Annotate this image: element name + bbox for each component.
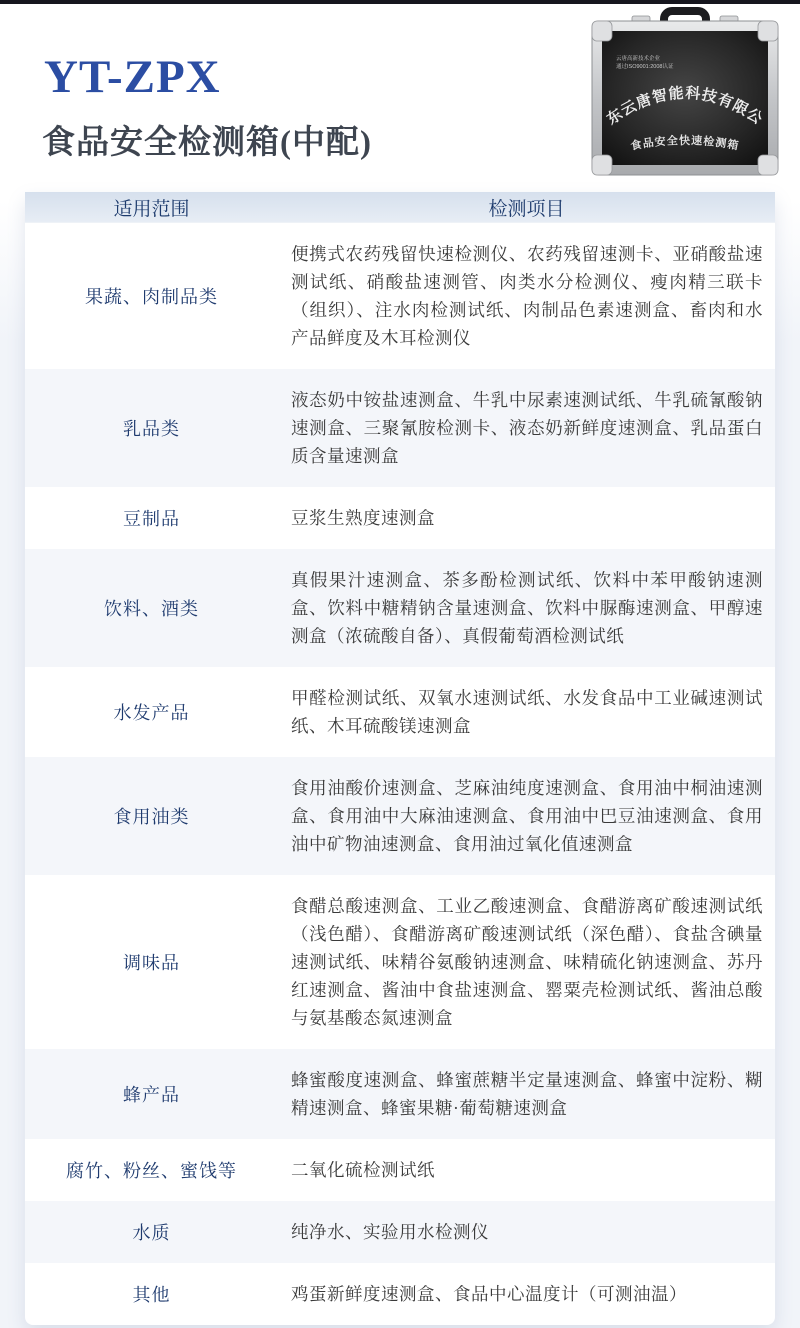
scope-label: 食用油类 (25, 757, 278, 875)
detection-case-illustration: 云唐高新技术企业 通过ISO9001:2008认证 山东云唐智能科技有限公司 食… (586, 4, 784, 180)
table-row: 调味品食醋总酸速测盒、工业乙酸速测盒、食醋游离矿酸速测试纸（浅色醋）、食醋游离矿… (25, 875, 775, 1049)
case-corner-cap (592, 155, 612, 175)
case-corner-cap (592, 21, 612, 41)
items-text: 食醋总酸速测盒、工业乙酸速测盒、食醋游离矿酸速测试纸（浅色醋）、食醋游离矿酸速测… (278, 875, 775, 1049)
table-row: 饮料、酒类真假果汁速测盒、茶多酚检测试纸、饮料中苯甲酸钠速测盒、饮料中糖精钠含量… (25, 549, 775, 667)
scope-label: 豆制品 (25, 487, 278, 549)
scope-label: 水质 (25, 1201, 278, 1263)
case-cert-text-line1: 云唐高新技术企业 (616, 54, 661, 62)
items-text: 蜂蜜酸度速测盒、蜂蜜蔗糖半定量速测盒、蜂蜜中淀粉、糊精速测盒、蜂蜜果糖·葡萄糖速… (278, 1049, 775, 1139)
items-text: 食用油酸价速测盒、芝麻油纯度速测盒、食用油中桐油速测盒、食用油中大麻油速测盒、食… (278, 757, 775, 875)
table-header-row: 适用范围 检测项目 (25, 192, 775, 223)
table-body: 果蔬、肉制品类便携式农药残留快速检测仪、农药残留速测卡、亚硝酸盐速测试纸、硝酸盐… (25, 223, 775, 1325)
table-row: 腐竹、粉丝、蜜饯等二氧化硫检测试纸 (25, 1139, 775, 1201)
items-text: 甲醛检测试纸、双氧水速测试纸、水发食品中工业碱速测试纸、木耳硫酸镁速测盒 (278, 667, 775, 757)
table-row: 乳品类液态奶中铵盐速测盒、牛乳中尿素速测试纸、牛乳硫氰酸钠速测盒、三聚氰胺检测卡… (25, 369, 775, 487)
table-row: 水发产品甲醛检测试纸、双氧水速测试纸、水发食品中工业碱速测试纸、木耳硫酸镁速测盒 (25, 667, 775, 757)
case-corner-cap (758, 21, 778, 41)
scope-label: 乳品类 (25, 369, 278, 487)
table-row: 其他鸡蛋新鲜度速测盒、食品中心温度计（可测油温） (25, 1263, 775, 1325)
items-text: 纯净水、实验用水检测仪 (278, 1201, 775, 1263)
scope-label: 腐竹、粉丝、蜜饯等 (25, 1139, 278, 1201)
items-text: 鸡蛋新鲜度速测盒、食品中心温度计（可测油温） (278, 1263, 775, 1325)
page-header: YT-ZPX 食品安全检测箱(中配) (0, 0, 800, 190)
table-row: 豆制品豆浆生熟度速测盒 (25, 487, 775, 549)
table-row: 水质纯净水、实验用水检测仪 (25, 1201, 775, 1263)
product-case-image: 云唐高新技术企业 通过ISO9001:2008认证 山东云唐智能科技有限公司 食… (586, 4, 784, 180)
scope-label: 饮料、酒类 (25, 549, 278, 667)
items-text: 液态奶中铵盐速测盒、牛乳中尿素速测试纸、牛乳硫氰酸钠速测盒、三聚氰胺检测卡、液态… (278, 369, 775, 487)
spec-table-card: 适用范围 检测项目 果蔬、肉制品类便携式农药残留快速检测仪、农药残留速测卡、亚硝… (25, 192, 775, 1325)
items-text: 真假果汁速测盒、茶多酚检测试纸、饮料中苯甲酸钠速测盒、饮料中糖精钠含量速测盒、饮… (278, 549, 775, 667)
scope-label: 其他 (25, 1263, 278, 1325)
items-text: 二氧化硫检测试纸 (278, 1139, 775, 1201)
model-number-title: YT-ZPX (44, 50, 221, 104)
items-text: 豆浆生熟度速测盒 (278, 487, 775, 549)
product-name-title: 食品安全检测箱(中配) (42, 116, 372, 163)
case-corner-cap (758, 155, 778, 175)
scope-label: 果蔬、肉制品类 (25, 223, 278, 369)
table-row: 蜂产品蜂蜜酸度速测盒、蜂蜜蔗糖半定量速测盒、蜂蜜中淀粉、糊精速测盒、蜂蜜果糖·葡… (25, 1049, 775, 1139)
items-text: 便携式农药残留快速检测仪、农药残留速测卡、亚硝酸盐速测试纸、硝酸盐速测管、肉类水… (278, 223, 775, 369)
case-cert-text-line2: 通过ISO9001:2008认证 (616, 62, 674, 70)
table-row: 食用油类食用油酸价速测盒、芝麻油纯度速测盒、食用油中桐油速测盒、食用油中大麻油速… (25, 757, 775, 875)
column-header-scope: 适用范围 (25, 192, 278, 222)
column-header-items: 检测项目 (278, 192, 775, 222)
table-row: 果蔬、肉制品类便携式农药残留快速检测仪、农药残留速测卡、亚硝酸盐速测试纸、硝酸盐… (25, 223, 775, 369)
scope-label: 蜂产品 (25, 1049, 278, 1139)
scope-label: 调味品 (25, 875, 278, 1049)
scope-label: 水发产品 (25, 667, 278, 757)
